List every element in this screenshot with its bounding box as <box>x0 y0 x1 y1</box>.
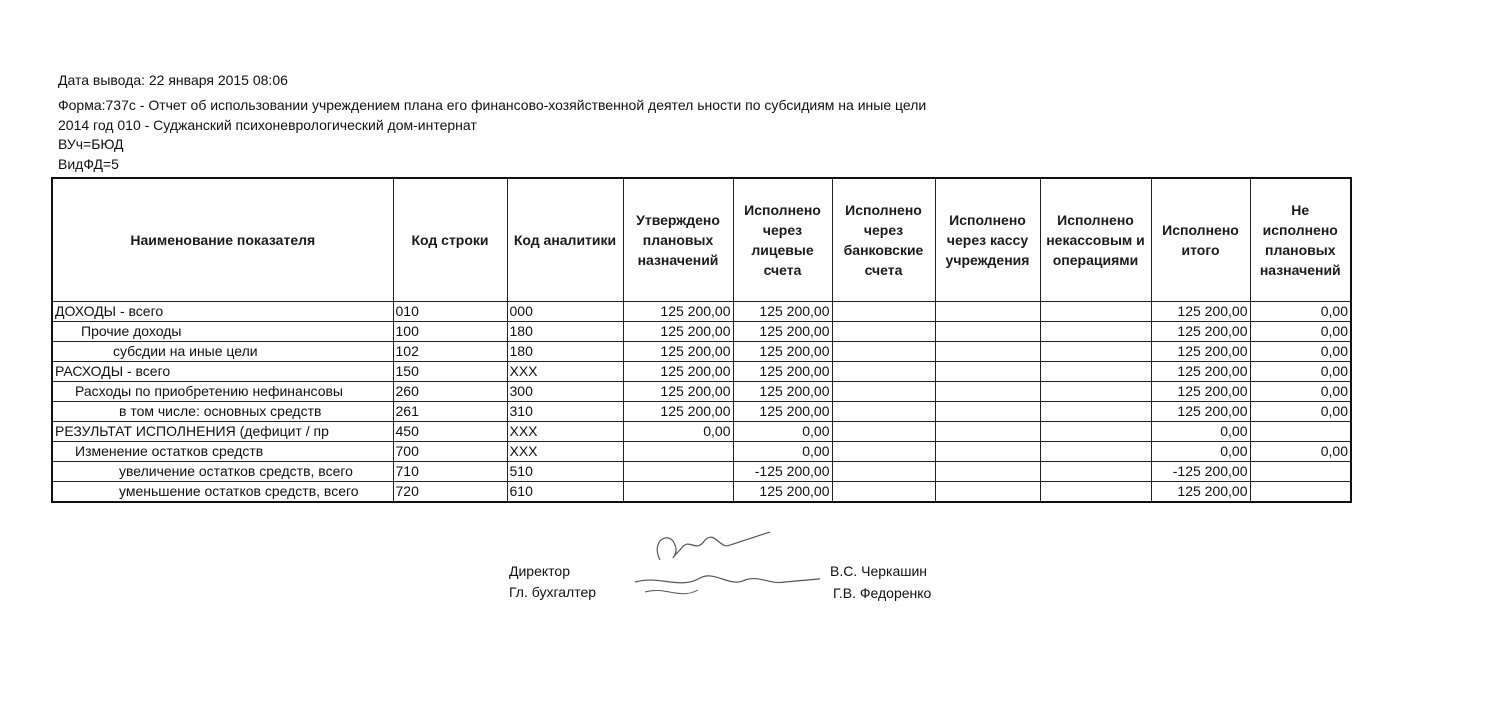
cell-row-code: 260 <box>393 382 507 402</box>
cell-cash <box>935 362 1040 382</box>
cell-accounts: 125 200,00 <box>733 482 832 503</box>
cell-total: 125 200,00 <box>1151 362 1250 382</box>
cell-cash <box>935 342 1040 362</box>
cell-approved: 125 200,00 <box>623 402 733 422</box>
cell-cash <box>935 302 1040 322</box>
cell-analytic: XXX <box>507 362 623 382</box>
cell-total: -125 200,00 <box>1151 462 1250 482</box>
cell-row-code: 700 <box>393 442 507 462</box>
cell-not-done: 0,00 <box>1250 442 1351 462</box>
cell-total: 125 200,00 <box>1151 302 1250 322</box>
cell-name: Изменение остатков средств <box>52 442 393 462</box>
cell-row-code: 100 <box>393 322 507 342</box>
cell-not-done <box>1250 462 1351 482</box>
cell-approved <box>623 442 733 462</box>
cell-bank <box>832 442 935 462</box>
table-row: уменьшение остатков средств, всего720610… <box>52 482 1351 503</box>
cell-noncash <box>1040 462 1151 482</box>
output-date: Дата вывода: 22 января 2015 08:06 <box>58 70 288 90</box>
cell-name: субсдии на иные цели <box>52 342 393 362</box>
cell-noncash <box>1040 422 1151 442</box>
cell-noncash <box>1040 302 1151 322</box>
cell-approved: 125 200,00 <box>623 302 733 322</box>
cell-cash <box>935 482 1040 503</box>
cell-cash <box>935 462 1040 482</box>
cell-noncash <box>1040 322 1151 342</box>
table-header-row: Наименование показателя Код строки Код а… <box>52 178 1351 302</box>
cell-name: Прочие доходы <box>52 322 393 342</box>
cell-not-done: 0,00 <box>1250 302 1351 322</box>
cell-accounts: 0,00 <box>733 442 832 462</box>
cell-name: Расходы по приобретению нефинансовы <box>52 382 393 402</box>
cell-bank <box>832 302 935 322</box>
col-header-via-bank: Исполнено через банковские счета <box>832 178 935 302</box>
cell-analytic: 300 <box>507 382 623 402</box>
cell-bank <box>832 402 935 422</box>
col-header-via-accounts: Исполнено через лицевые счета <box>733 178 832 302</box>
cell-row-code: 450 <box>393 422 507 442</box>
table-row: РАСХОДЫ - всего150XXX125 200,00125 200,0… <box>52 362 1351 382</box>
cell-total: 125 200,00 <box>1151 322 1250 342</box>
cell-cash <box>935 422 1040 442</box>
cell-name: в том числе: основных средств <box>52 402 393 422</box>
cell-accounts: -125 200,00 <box>733 462 832 482</box>
cell-not-done: 0,00 <box>1250 402 1351 422</box>
cell-name: РЕЗУЛЬТАТ ИСПОЛНЕНИЯ (дефицит / пр <box>52 422 393 442</box>
cell-total: 0,00 <box>1151 442 1250 462</box>
cell-cash <box>935 322 1040 342</box>
cell-approved: 125 200,00 <box>623 342 733 362</box>
signature-role-director: Директор <box>509 563 570 579</box>
cell-noncash <box>1040 362 1151 382</box>
cell-bank <box>832 422 935 442</box>
col-header-name: Наименование показателя <box>52 178 393 302</box>
col-header-not-executed: Не исполнено плановых назначений <box>1250 178 1351 302</box>
vidfd-line: ВидФД=5 <box>58 154 119 174</box>
cell-accounts: 125 200,00 <box>733 302 832 322</box>
cell-total: 125 200,00 <box>1151 482 1250 503</box>
cell-total: 125 200,00 <box>1151 382 1250 402</box>
vuch-line: ВУч=БЮД <box>58 134 123 154</box>
cell-accounts: 125 200,00 <box>733 362 832 382</box>
cell-not-done: 0,00 <box>1250 362 1351 382</box>
cell-name: ДОХОДЫ - всего <box>52 302 393 322</box>
cell-bank <box>832 342 935 362</box>
cell-accounts: 125 200,00 <box>733 342 832 362</box>
cell-total: 125 200,00 <box>1151 402 1250 422</box>
cell-name: РАСХОДЫ - всего <box>52 362 393 382</box>
cell-accounts: 125 200,00 <box>733 382 832 402</box>
cell-noncash <box>1040 442 1151 462</box>
cell-noncash <box>1040 402 1151 422</box>
col-header-approved: Утверждено плановых назначений <box>623 178 733 302</box>
cell-noncash <box>1040 482 1151 503</box>
cell-analytic: 610 <box>507 482 623 503</box>
table-row: Изменение остатков средств700XXX0,000,00… <box>52 442 1351 462</box>
cell-analytic: 510 <box>507 462 623 482</box>
cell-approved: 125 200,00 <box>623 382 733 402</box>
cell-cash <box>935 442 1040 462</box>
cell-bank <box>832 482 935 503</box>
cell-total: 0,00 <box>1151 422 1250 442</box>
cell-name: увеличение остатков средств, всего <box>52 462 393 482</box>
col-header-noncash: Исполнено некассовым и операциями <box>1040 178 1151 302</box>
cell-approved <box>623 462 733 482</box>
cell-bank <box>832 382 935 402</box>
col-header-analytic-code: Код аналитики <box>507 178 623 302</box>
cell-analytic: XXX <box>507 422 623 442</box>
cell-analytic: 310 <box>507 402 623 422</box>
year-organization: 2014 год 010 - Суджанский психоневрологи… <box>58 115 477 135</box>
signature-name-accountant: Г.В. Федоренко <box>833 585 931 601</box>
cell-not-done <box>1250 482 1351 503</box>
signature-name-director: В.С. Черкашин <box>830 563 927 579</box>
table-row: ДОХОДЫ - всего010000125 200,00125 200,00… <box>52 302 1351 322</box>
table-row: увеличение остатков средств, всего710510… <box>52 462 1351 482</box>
cell-noncash <box>1040 342 1151 362</box>
cell-not-done: 0,00 <box>1250 322 1351 342</box>
report-table: Наименование показателя Код строки Код а… <box>51 177 1352 503</box>
table-row: РЕЗУЛЬТАТ ИСПОЛНЕНИЯ (дефицит / пр450XXX… <box>52 422 1351 442</box>
cell-analytic: 180 <box>507 342 623 362</box>
cell-approved <box>623 482 733 503</box>
cell-cash <box>935 382 1040 402</box>
cell-not-done <box>1250 422 1351 442</box>
cell-approved: 0,00 <box>623 422 733 442</box>
cell-row-code: 150 <box>393 362 507 382</box>
table-row: в том числе: основных средств261310125 2… <box>52 402 1351 422</box>
cell-row-code: 010 <box>393 302 507 322</box>
cell-name: уменьшение остатков средств, всего <box>52 482 393 503</box>
col-header-row-code: Код строки <box>393 178 507 302</box>
cell-total: 125 200,00 <box>1151 342 1250 362</box>
cell-accounts: 0,00 <box>733 422 832 442</box>
cell-row-code: 710 <box>393 462 507 482</box>
cell-accounts: 125 200,00 <box>733 402 832 422</box>
cell-bank <box>832 362 935 382</box>
cell-accounts: 125 200,00 <box>733 322 832 342</box>
cell-bank <box>832 322 935 342</box>
cell-not-done: 0,00 <box>1250 382 1351 402</box>
cell-approved: 125 200,00 <box>623 322 733 342</box>
cell-noncash <box>1040 382 1151 402</box>
table-row: Прочие доходы100180125 200,00125 200,001… <box>52 322 1351 342</box>
col-header-total: Исполнено итого <box>1151 178 1250 302</box>
cell-analytic: 180 <box>507 322 623 342</box>
cell-bank <box>832 462 935 482</box>
col-header-via-cash: Исполнено через кассу учреждения <box>935 178 1040 302</box>
signature-role-accountant: Гл. бухгалтер <box>509 584 596 600</box>
table-row: субсдии на иные цели102180125 200,00125 … <box>52 342 1351 362</box>
cell-not-done: 0,00 <box>1250 342 1351 362</box>
cell-row-code: 102 <box>393 342 507 362</box>
form-title: Форма:737с - Отчет об использовании учре… <box>58 95 926 115</box>
signature-scribbles-icon <box>620 520 820 610</box>
cell-row-code: 261 <box>393 402 507 422</box>
table-row: Расходы по приобретению нефинансовы26030… <box>52 382 1351 402</box>
cell-analytic: 000 <box>507 302 623 322</box>
cell-approved: 125 200,00 <box>623 362 733 382</box>
cell-analytic: XXX <box>507 442 623 462</box>
cell-cash <box>935 402 1040 422</box>
cell-row-code: 720 <box>393 482 507 503</box>
